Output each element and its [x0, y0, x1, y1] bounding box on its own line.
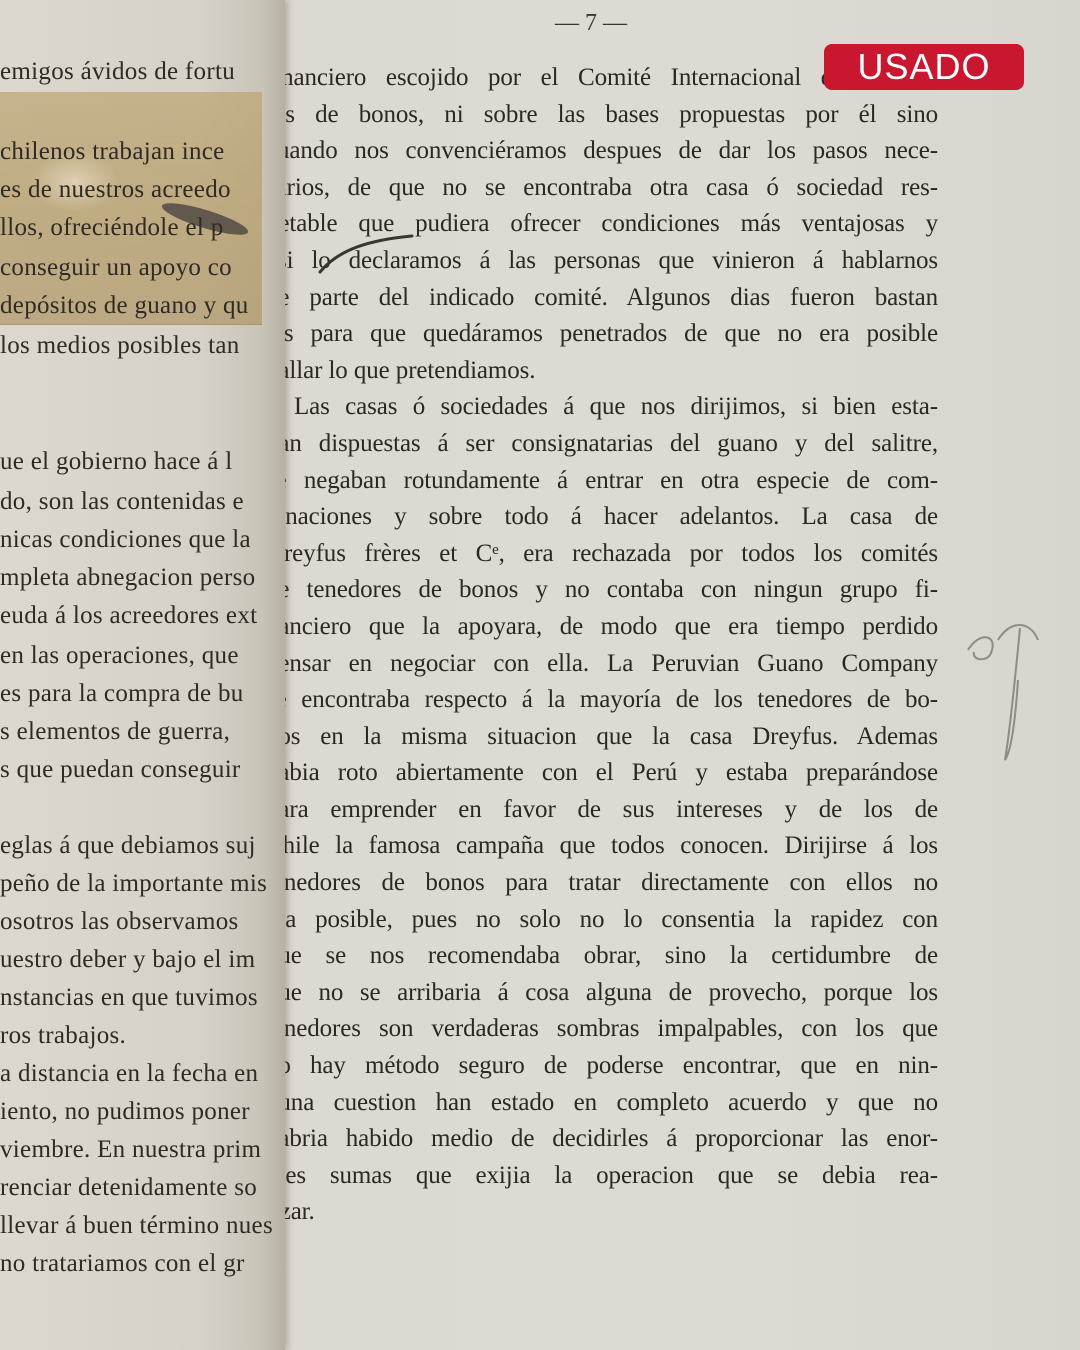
- text-line: guna cuestion han estado en completo acu…: [266, 1085, 938, 1122]
- left-page: emigos ávidos de fortu chilenos trabajan…: [0, 0, 285, 1350]
- text-line: a distancia en la fecha en: [0, 1060, 258, 1088]
- text-line: es para la compra de bu: [0, 680, 244, 708]
- text-line: nstancias en que tuvimos: [0, 984, 258, 1012]
- text-line: binaciones y sobre todo á hacer adelanto…: [266, 499, 938, 536]
- text-line: que se nos recomendaba obrar, sino la ce…: [266, 938, 938, 975]
- page-number: — 7 —: [555, 10, 627, 37]
- text-line: euda á los acreedores ext: [0, 602, 257, 630]
- text-line: llos, ofreciéndole el p: [0, 214, 224, 242]
- text-line: lizar.: [266, 1194, 938, 1231]
- text-line: s elementos de guerra,: [0, 718, 230, 746]
- text-line: que no se arribaria á cosa alguna de pro…: [266, 975, 938, 1012]
- text-line: se negaban rotundamente á entrar en otra…: [266, 463, 938, 500]
- text-line: tenedores son verdaderas sombras impalpa…: [266, 1011, 938, 1048]
- text-line: ue el gobierno hace á l: [0, 448, 233, 476]
- text-line: Dreyfus frères et Cᵉ, era rechazada por …: [266, 536, 938, 573]
- text-line: emigos ávidos de fortu: [0, 58, 235, 86]
- text-line: llevar á buen término nues: [0, 1212, 273, 1240]
- text-line: habia roto abiertamente con el Perú y es…: [266, 755, 938, 792]
- text-line: eglas á que debiamos suj: [0, 832, 256, 860]
- left-page-text: emigos ávidos de fortu chilenos trabajan…: [0, 0, 285, 1350]
- text-line: pensar en negociar con ella. La Peruvian…: [266, 646, 938, 683]
- text-line: mes sumas que exijia la operacion que se…: [266, 1158, 938, 1195]
- text-line: ban dispuestas á ser consignatarias del …: [266, 426, 938, 463]
- text-line: se encontraba respecto á la mayoría de l…: [266, 682, 938, 719]
- text-line: osotros las observamos: [0, 908, 239, 936]
- text-line: cuando nos convenciéramos despues de dar…: [266, 133, 938, 170]
- text-line: depósitos de guano y qu: [0, 292, 249, 320]
- text-line: sarios, de que no se encontraba otra cas…: [266, 170, 938, 207]
- pencil-initials-icon: [960, 600, 1050, 770]
- text-line: viembre. En nuestra prim: [0, 1136, 261, 1164]
- text-line: uestro deber y bajo el im: [0, 946, 255, 974]
- text-line: no tratariamos con el gr: [0, 1250, 245, 1278]
- text-line: hallar lo que pretendiamos.: [266, 353, 938, 390]
- text-line: es de nuestros acreedo: [0, 176, 231, 204]
- text-line: nanciero que la apoyara, de modo que era…: [266, 609, 938, 646]
- text-line: era posible, pues no solo no lo consenti…: [266, 902, 938, 939]
- text-line: ros trabajos.: [0, 1022, 126, 1050]
- text-line: nos en la misma situacion que la casa Dr…: [266, 719, 938, 756]
- text-line: de tenedores de bonos y no contaba con n…: [266, 572, 938, 609]
- text-line: los medios posibles tan: [0, 332, 240, 360]
- text-line: do, son las contenidas e: [0, 488, 244, 516]
- text-line: no hay método seguro de poderse encontra…: [266, 1048, 938, 1085]
- text-line: nicas condiciones que la: [0, 526, 251, 554]
- text-line: para emprender en favor de sus intereses…: [266, 792, 938, 829]
- text-line: en las operaciones, que: [0, 642, 239, 670]
- text-line: peño de la importante mis: [0, 870, 267, 898]
- text-line: tes para que quedáramos penetrados de qu…: [266, 316, 938, 353]
- text-line: tenedores de bonos para tratar directame…: [266, 865, 938, 902]
- text-line: iento, no pudimos poner: [0, 1098, 250, 1126]
- text-line: habria habido medio de decidirles á prop…: [266, 1121, 938, 1158]
- text-line: Las casas ó sociedades á que nos dirijim…: [266, 389, 938, 426]
- text-line: s que puedan conseguir: [0, 756, 241, 784]
- text-line: Chile la famosa campaña que todos conoce…: [266, 828, 938, 865]
- text-line: de parte del indicado comité. Algunos di…: [266, 280, 938, 317]
- text-line: chilenos trabajan ince: [0, 138, 225, 166]
- text-line: renciar detenidamente so: [0, 1174, 257, 1202]
- ink-stroke-icon: [308, 228, 418, 278]
- used-condition-badge: USADO: [824, 44, 1024, 90]
- text-line: res de bonos, ni sobre las bases propues…: [266, 97, 938, 134]
- text-line: mpleta abnegacion perso: [0, 564, 255, 592]
- text-line: conseguir un apoyo co: [0, 254, 232, 282]
